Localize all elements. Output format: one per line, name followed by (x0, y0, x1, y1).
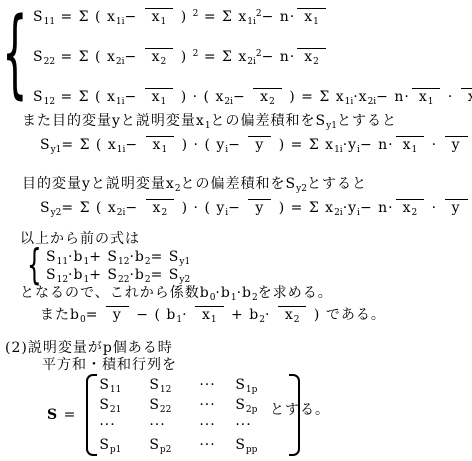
matrix-cell: ··· (199, 415, 235, 435)
formula-sy2: Sy2= Σ ( x2i− x2 ) · ( yi− y ) = Σ x2i·y… (40, 199, 470, 218)
matrix-cell: S1p (235, 375, 287, 395)
text-sy2-intro: 目的変量yと説明変量x2との偏差積和をSy2とすると (22, 175, 367, 194)
matrix-s: S = S11S12···S1pS21S22···S2p············… (47, 374, 300, 456)
matrix-cell: S11 (99, 375, 149, 395)
matrix-cell: Sp1 (99, 435, 149, 455)
matrix-cell: Sp2 (149, 435, 199, 455)
equation-system-line-2: S12·b1+ S22·b2= Sy2 (46, 266, 190, 285)
matrix-cell: S22 (149, 395, 199, 415)
matrix-cell: ··· (199, 375, 235, 395)
formula-s22: S22 = Σ ( x2i− x2 ) 2 = Σ x2i2− n·x2 (33, 48, 328, 67)
matrix-cell: S21 (99, 395, 149, 415)
document-root: { S11 = Σ ( x1i− x1 ) 2 = Σ x1i2− n·x1 S… (0, 0, 472, 461)
matrix-cell: Spp (235, 435, 287, 455)
matrix-cell: ··· (149, 415, 199, 435)
formula-s11: S11 = Σ ( x1i− x1 ) 2 = Σ x1i2− n·x1 (33, 8, 328, 27)
formula-b0: またb0= y − ( b1· x1 + b2· x2 ) である。 (40, 306, 386, 325)
text-matrix-intro: 平方和・積和行列を (42, 356, 177, 375)
matrix-label: S = (47, 407, 76, 423)
matrix-cell: ··· (199, 395, 235, 415)
matrix-left-bracket (86, 374, 97, 456)
formula-s12: S12 = Σ ( x1i− x1 ) · ( x2i− x2 ) = Σ x1… (33, 88, 472, 107)
matrix-grid: S11S12···S1pS21S22···S2p············Sp1S… (97, 374, 289, 456)
left-curly-brace-icon: { (2, 4, 28, 102)
matrix-cell: ··· (99, 415, 149, 435)
matrix-cell: S12 (149, 375, 199, 395)
matrix-suffix: とする。 (270, 399, 330, 419)
matrix-cell: ··· (199, 435, 235, 455)
equation-system-line-1: S11·b1+ S12·b2= Sy1 (46, 248, 190, 267)
text-sy1-intro: また目的変量yと説明変量x1との偏差積和をSy1とすると (22, 112, 397, 131)
formula-sy1: Sy1= Σ ( x1i− x1 ) · ( yi− y ) = Σ x1i·y… (40, 136, 470, 155)
system-curly-brace-icon: { (27, 244, 42, 286)
text-solve-coefficients: となるので、これから係数b0·b1·b2を求める。 (20, 284, 333, 303)
